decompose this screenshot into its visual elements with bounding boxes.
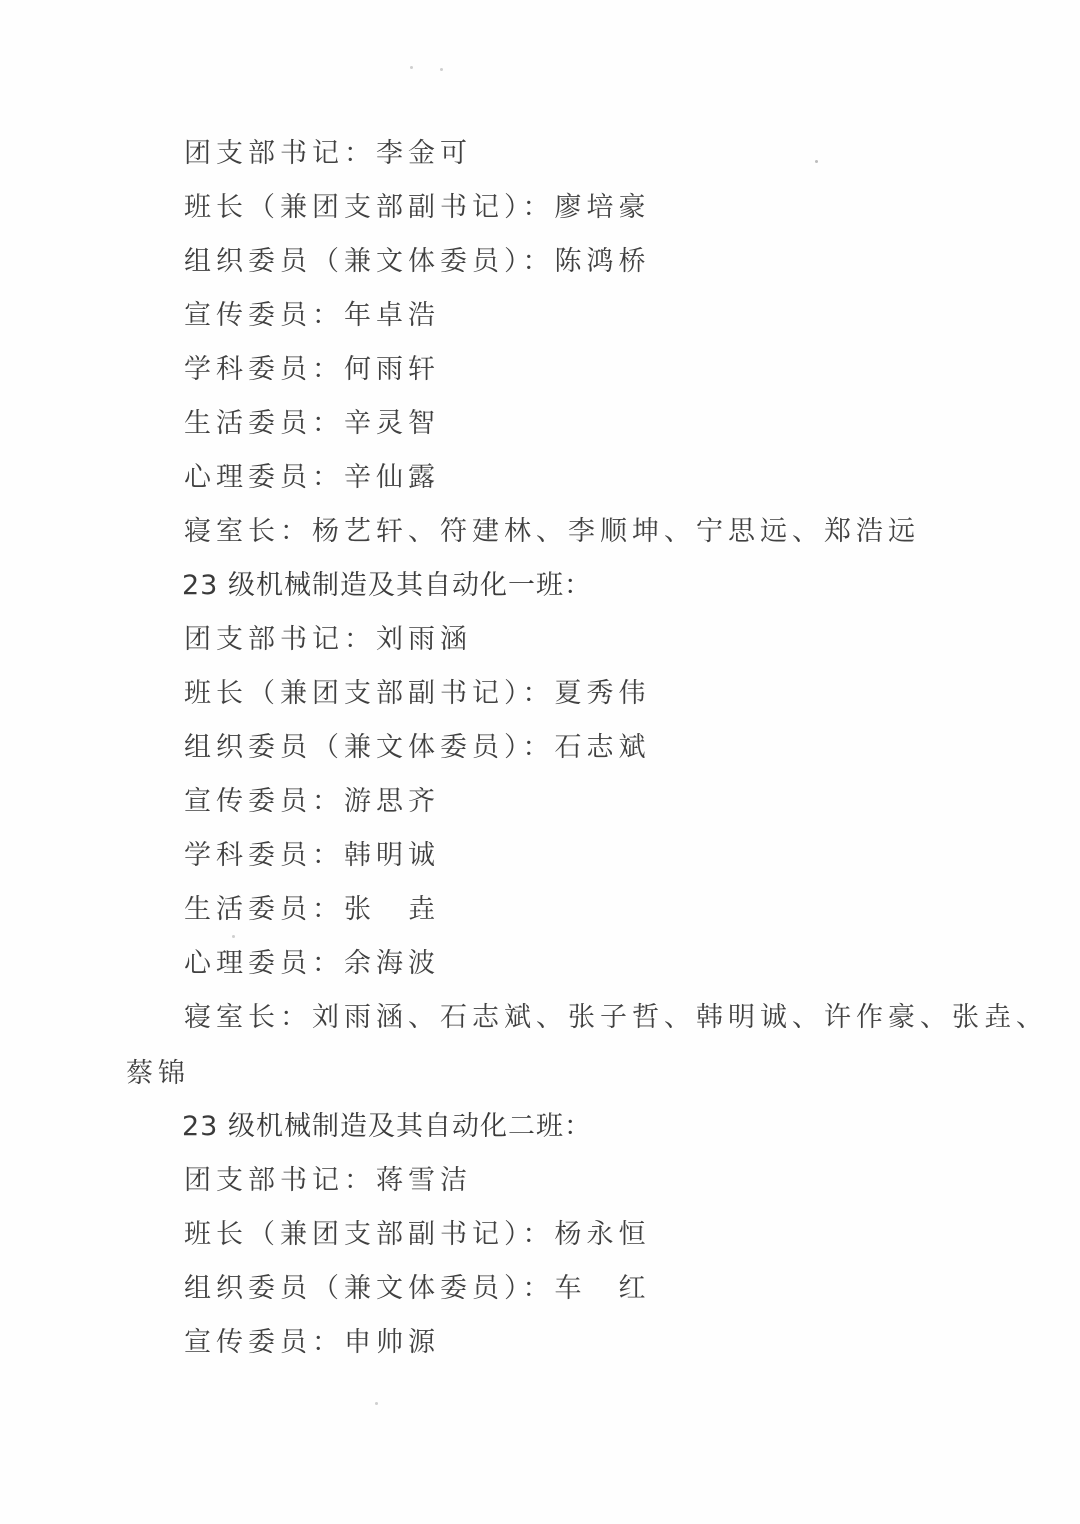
psychology-committee-line: 心理委员：辛仙露 bbox=[184, 461, 440, 495]
league-secretary-line: 团支部书记：李金可 bbox=[184, 137, 472, 171]
scan-speck bbox=[232, 935, 235, 938]
scan-speck bbox=[410, 66, 413, 69]
publicity-committee-line: 宣传委员：年卓浩 bbox=[184, 299, 440, 333]
league-secretary-line: 团支部书记：蒋雪洁 bbox=[184, 1164, 472, 1198]
organization-committee-line: 组织委员（兼文体委员）：车 红 bbox=[184, 1272, 651, 1306]
organization-committee-line: 组织委员（兼文体委员）：石志斌 bbox=[184, 731, 651, 765]
scan-speck bbox=[440, 68, 443, 71]
dorm-leaders-line: 寝室长：刘雨涵、石志斌、张子哲、韩明诚、许作豪、张垚、 bbox=[184, 1001, 1048, 1035]
publicity-committee-line: 宣传委员：申帅源 bbox=[184, 1326, 440, 1360]
life-committee-line: 生活委员：张 垚 bbox=[184, 893, 440, 927]
monitor-line: 班长（兼团支部副书记）：廖培豪 bbox=[184, 191, 651, 225]
dorm-leaders-continuation: 蔡锦 bbox=[126, 1057, 190, 1091]
league-secretary-line: 团支部书记：刘雨涵 bbox=[184, 623, 472, 657]
life-committee-line: 生活委员：辛灵智 bbox=[184, 407, 440, 441]
scan-speck bbox=[375, 1402, 378, 1405]
academic-committee-line: 学科委员：何雨轩 bbox=[184, 353, 440, 387]
section-heading-class-2: 23 级机械制造及其自动化二班： bbox=[182, 1110, 592, 1144]
document-page: 团支部书记：李金可 班长（兼团支部副书记）：廖培豪 组织委员（兼文体委员）：陈鸿… bbox=[0, 0, 1080, 1524]
monitor-line: 班长（兼团支部副书记）：杨永恒 bbox=[184, 1218, 651, 1252]
academic-committee-line: 学科委员：韩明诚 bbox=[184, 839, 440, 873]
scan-speck bbox=[815, 160, 818, 163]
monitor-line: 班长（兼团支部副书记）：夏秀伟 bbox=[184, 677, 651, 711]
publicity-committee-line: 宣传委员：游思齐 bbox=[184, 785, 440, 819]
psychology-committee-line: 心理委员：余海波 bbox=[184, 947, 440, 981]
dorm-leaders-line: 寝室长：杨艺轩、符建林、李顺坤、宁思远、郑浩远 bbox=[184, 515, 920, 549]
section-heading-class-1: 23 级机械制造及其自动化一班： bbox=[182, 569, 592, 603]
organization-committee-line: 组织委员（兼文体委员）：陈鸿桥 bbox=[184, 245, 651, 279]
